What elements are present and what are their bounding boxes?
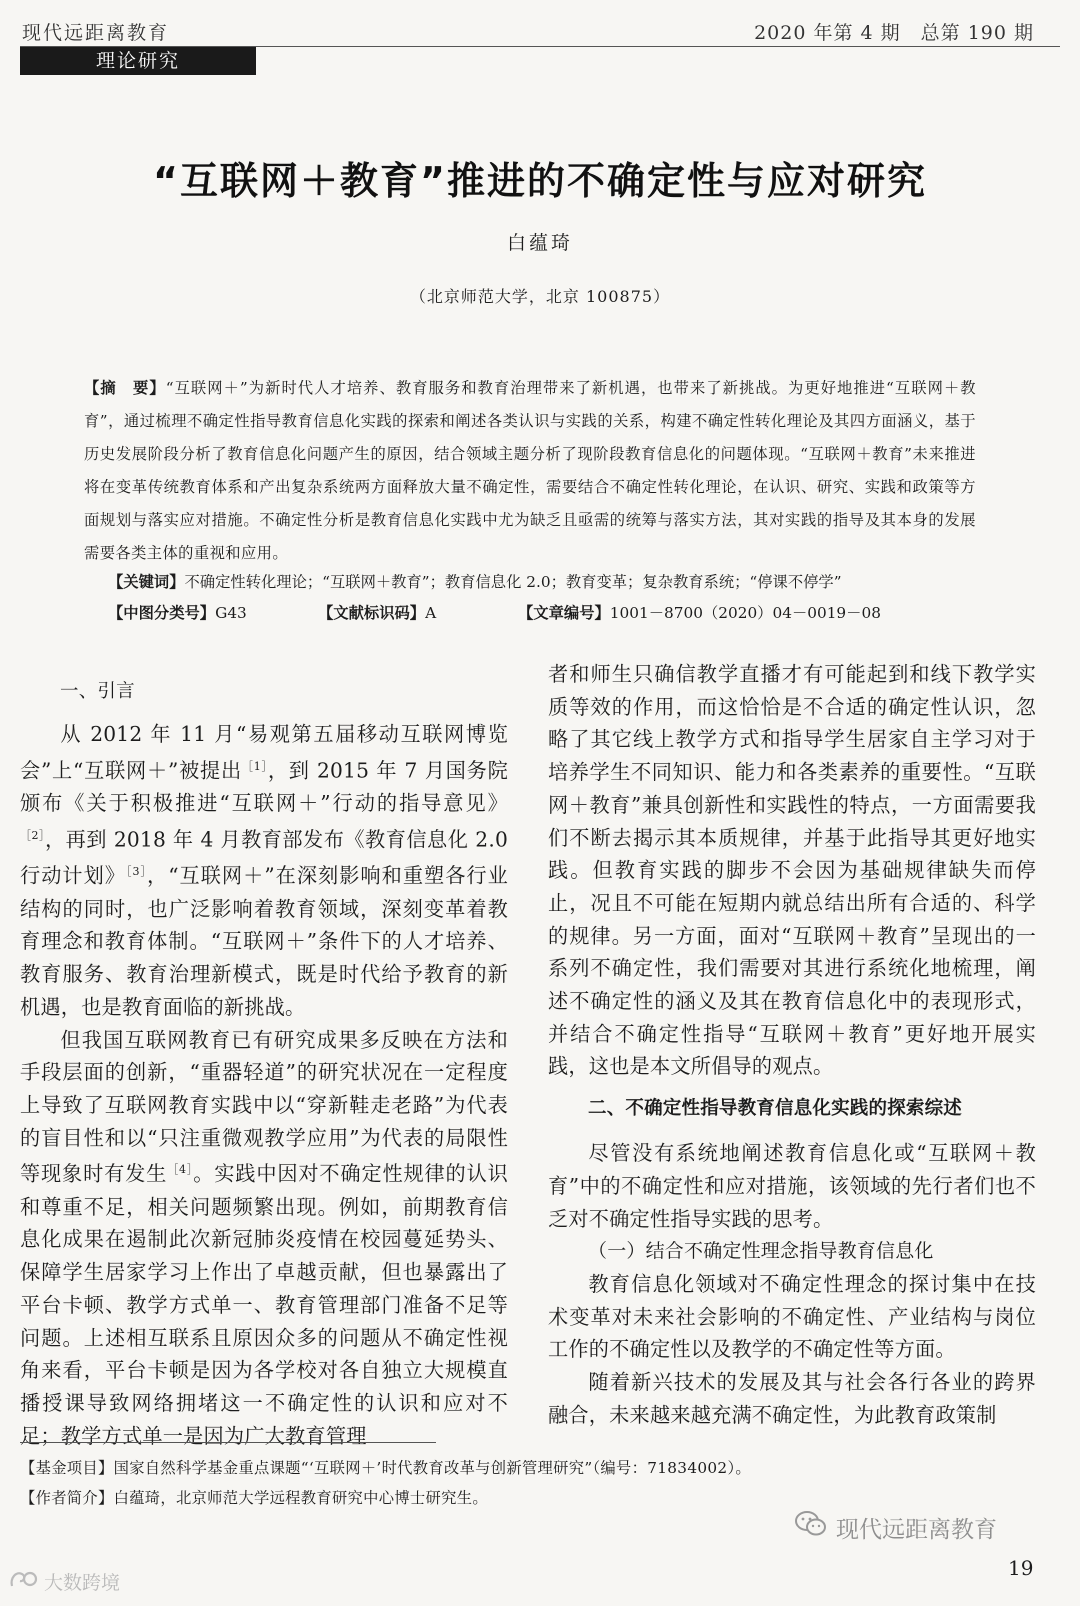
page-number: 19 xyxy=(1008,1556,1033,1580)
subsection-heading: （一）结合不确定性理念指导教育信息化 xyxy=(548,1235,1036,1268)
journal-name: 现代远距离教育 xyxy=(22,18,169,45)
article-number: 【文章编号】1001－8700（2020）04－0019－08 xyxy=(518,600,881,626)
article-title: “互联网＋教育”推进的不确定性与应对研究 xyxy=(0,150,1080,205)
wechat-icon xyxy=(794,1510,828,1544)
keywords-text: 不确定性转化理论；“互联网＋教育”；教育信息化 2.0；教育变革；复杂教育系统；… xyxy=(185,573,842,591)
paragraph: 但我国互联网教育已有研究成果多反映在方法和手段层面的创新，“重器轻道”的研究状况… xyxy=(20,1024,508,1453)
section-tag: 理论研究 xyxy=(20,47,256,75)
section-heading-introduction: 一、引言 xyxy=(20,676,508,708)
abstract-text: “互联网＋”为新时代人才培养、教育服务和教育治理带来了新机遇，也带来了新挑战。为… xyxy=(84,379,976,562)
author-affiliation: （北京师范大学，北京 100875） xyxy=(0,284,1080,307)
document-code: 【文献标识码】A xyxy=(318,600,518,626)
section-heading-2: 二、不确定性指导教育信息化实践的探索综述 xyxy=(548,1093,1036,1125)
citation: ［3］ xyxy=(126,865,147,878)
abstract: 【摘 要】“互联网＋”为新时代人才培养、教育服务和教育治理带来了新机遇，也带来了… xyxy=(84,372,976,570)
footnote-divider xyxy=(20,1442,436,1443)
citation: ［2］ xyxy=(20,829,45,842)
body-right-column: 者和师生只确信教学直播才有可能起到和线下教学实质等效的作用，而这恰恰是不合适的确… xyxy=(548,658,1036,1431)
paragraph: 从 2012 年 11 月“易观第五届移动互联网博览会”上“互联网＋”被提出［1… xyxy=(20,718,508,1024)
watermark-right: 现代远距离教育 xyxy=(794,1510,997,1544)
watermark-left: 大数跨境 xyxy=(8,1568,120,1595)
paragraph: 者和师生只确信教学直播才有可能起到和线下教学实质等效的作用，而这恰恰是不合适的确… xyxy=(548,658,1036,1083)
citation: ［1］ xyxy=(242,760,268,773)
paragraph: 随着新兴技术的发展及其与社会各行各业的跨界融合，未来越来越充满不确定性，为此教育… xyxy=(548,1366,1036,1431)
article-author: 白蕴琦 xyxy=(0,228,1080,255)
keywords-label: 【关键词】 xyxy=(108,573,185,591)
issue-info: 2020 年第 4 期 总第 190 期 xyxy=(754,18,1034,45)
footnote-author: 【作者简介】白蕴琦，北京师范大学远程教育研究中心博士研究生。 xyxy=(20,1486,488,1508)
abstract-label: 【摘 要】 xyxy=(84,379,166,397)
classification-line: 【中图分类号】G43 【文献标识码】A 【文章编号】1001－8700（2020… xyxy=(108,600,978,626)
paragraph: 尽管没有系统地阐述教育信息化或“互联网＋教育”中的不确定性和应对措施，该领域的先… xyxy=(548,1137,1036,1235)
footnote-fund: 【基金项目】国家自然科学基金重点课题“‘互联网＋’时代教育改革与创新管理研究”（… xyxy=(20,1456,751,1478)
keywords: 【关键词】不确定性转化理论；“互联网＋教育”；教育信息化 2.0；教育变革；复杂… xyxy=(108,566,978,599)
citation: ［4］ xyxy=(167,1163,193,1176)
watermark-logo-icon xyxy=(8,1568,38,1595)
clc-code: 【中图分类号】G43 xyxy=(108,600,318,626)
body-left-column: 一、引言 从 2012 年 11 月“易观第五届移动互联网博览会”上“互联网＋”… xyxy=(20,676,508,1452)
paragraph: 教育信息化领域对不确定性理念的探讨集中在技术变革对未来社会影响的不确定性、产业结… xyxy=(548,1268,1036,1366)
